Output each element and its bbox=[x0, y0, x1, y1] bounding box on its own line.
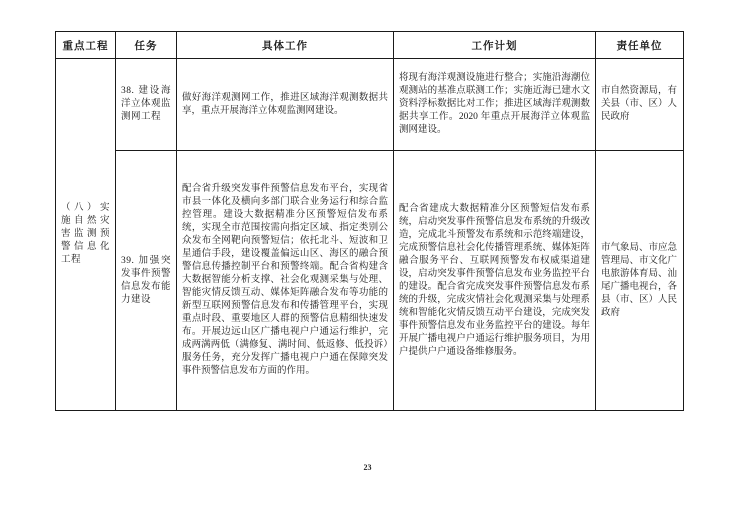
task-cell-39: 39. 加强突发事件预警信息发布能力建设 bbox=[116, 151, 177, 411]
header-responsible-unit: 责任单位 bbox=[596, 32, 684, 59]
work-plan-cell-39: 配合省建成大数据精准分区预警短信发布系统，启动突发事件预警信息发布系统的升级改造… bbox=[394, 151, 596, 411]
table-row: 39. 加强突发事件预警信息发布能力建设 配合省升级突发事件预警信息发布平台，实… bbox=[56, 151, 684, 411]
responsible-unit-39-text: 市气象局、市应急管理局、市文化广电旅游体育局、汕尾广播电视台，各县（市、区）人民… bbox=[601, 242, 678, 320]
key-projects-table: 重点工程 任务 具体工作 工作计划 责任单位 （八）实施自然灾害监测预警信息化工… bbox=[55, 31, 684, 411]
task-cell-38: 38. 建设海洋立体观监测网工程 bbox=[116, 59, 177, 151]
header-task: 任务 bbox=[116, 32, 177, 59]
header-key-project: 重点工程 bbox=[56, 32, 116, 59]
work-plan-39-text: 配合省建成大数据精准分区预警短信发布系统，启动突发事件预警信息发布系统的升级改造… bbox=[399, 203, 590, 359]
page-number: 23 bbox=[0, 463, 735, 472]
responsible-unit-cell-39: 市气象局、市应急管理局、市文化广电旅游体育局、汕尾广播电视台，各县（市、区）人民… bbox=[596, 151, 684, 411]
task-38-label: 38. 建设海洋立体观监测网工程 bbox=[121, 85, 171, 124]
task-39-label: 39. 加强突发事件预警信息发布能力建设 bbox=[121, 255, 171, 307]
specific-work-cell-39: 配合省升级突发事件预警信息发布平台，实现省市县一体化及横向多部门联合业务运行和综… bbox=[177, 151, 394, 411]
project-cell: （八）实施自然灾害监测预警信息化工程 bbox=[56, 59, 116, 411]
specific-work-cell-38: 做好海洋观测网工作，推进区域海洋观测数据共享，重点开展海洋立体观监测网建设。 bbox=[177, 59, 394, 151]
responsible-unit-38-text: 市自然资源局，有关县（市、区）人民政府 bbox=[601, 85, 678, 124]
responsible-unit-cell-38: 市自然资源局，有关县（市、区）人民政府 bbox=[596, 59, 684, 151]
header-specific-work: 具体工作 bbox=[177, 32, 394, 59]
specific-work-39-text: 配合省升级突发事件预警信息发布平台，实现省市县一体化及横向多部门联合业务运行和综… bbox=[182, 183, 388, 378]
project-name: （八）实施自然灾害监测预警信息化工程 bbox=[61, 202, 110, 267]
document-page: 重点工程 任务 具体工作 工作计划 责任单位 （八）实施自然灾害监测预警信息化工… bbox=[0, 0, 735, 517]
header-work-plan: 工作计划 bbox=[394, 32, 596, 59]
work-plan-cell-38: 将现有海洋观测设施进行整合；实施沿海潮位观测站的基准点联测工作；实施近海已建水文… bbox=[394, 59, 596, 151]
table-row: （八）实施自然灾害监测预警信息化工程 38. 建设海洋立体观监测网工程 做好海洋… bbox=[56, 59, 684, 151]
specific-work-38-text: 做好海洋观测网工作，推进区域海洋观测数据共享，重点开展海洋立体观监测网建设。 bbox=[182, 92, 388, 118]
work-plan-38-text: 将现有海洋观测设施进行整合；实施沿海潮位观测站的基准点联测工作；实施近海已建水文… bbox=[399, 72, 590, 137]
header-row: 重点工程 任务 具体工作 工作计划 责任单位 bbox=[56, 32, 684, 59]
